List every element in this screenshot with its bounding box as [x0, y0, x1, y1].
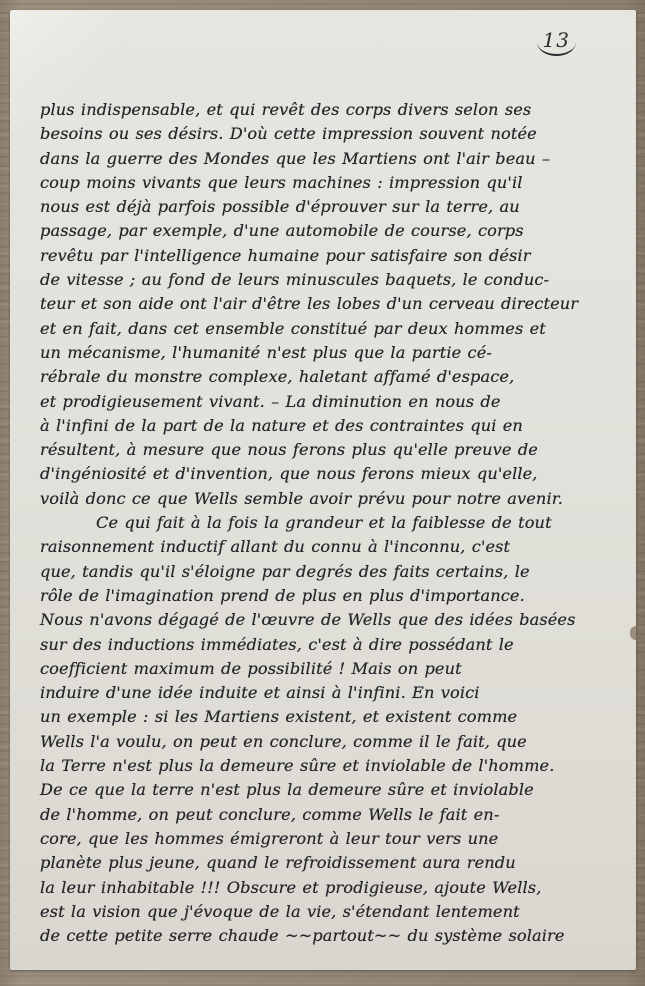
manuscript-line: nous est déjà parfois possible d'éprouve…	[40, 195, 625, 219]
manuscript-line: De ce que la terre n'est plus la demeure…	[40, 778, 625, 802]
manuscript-line: de vitesse ; au fond de leurs minuscules…	[40, 268, 625, 292]
manuscript-line: besoins ou ses désirs. D'où cette impres…	[40, 122, 625, 146]
manuscript-line: plus indispensable, et qui revêt des cor…	[40, 98, 625, 122]
paper-edge-tear	[630, 626, 636, 640]
manuscript-line: sur des inductions immédiates, c'est à d…	[40, 633, 625, 657]
manuscript-line: voilà donc ce que Wells semble avoir pré…	[40, 487, 625, 511]
manuscript-line: rébrale du monstre complexe, haletant af…	[40, 365, 625, 389]
manuscript-line: Wells l'a voulu, on peut en conclure, co…	[40, 730, 625, 754]
manuscript-line: que, tandis qu'il s'éloigne par degrés d…	[40, 560, 625, 584]
manuscript-line: raisonnement inductif allant du connu à …	[40, 535, 625, 559]
manuscript-page: 13 plus indispensable, et qui revêt des …	[10, 10, 636, 970]
manuscript-line: est la vision que j'évoque de la vie, s'…	[40, 900, 625, 924]
manuscript-line: dans la guerre des Mondes que les Martie…	[40, 147, 625, 171]
manuscript-line: un mécanisme, l'humanité n'est plus que …	[40, 341, 625, 365]
manuscript-line: passage, par exemple, d'une automobile d…	[40, 219, 625, 243]
manuscript-line: résultent, à mesure que nous ferons plus…	[40, 438, 625, 462]
manuscript-line: la Terre n'est plus la demeure sûre et i…	[40, 754, 625, 778]
page-number: 13	[537, 28, 576, 56]
manuscript-line: à l'infini de la part de la nature et de…	[40, 414, 625, 438]
manuscript-line: induire d'une idée induite et ainsi à l'…	[40, 681, 625, 705]
manuscript-line: teur et son aide ont l'air d'être les lo…	[40, 292, 625, 316]
manuscript-line: la leur inhabitable !!! Obscure et prodi…	[40, 876, 625, 900]
manuscript-line: planète plus jeune, quand le refroidisse…	[40, 851, 625, 875]
manuscript-line: et en fait, dans cet ensemble constitué …	[40, 317, 625, 341]
manuscript-line: de cette petite serre chaude ~~partout~~…	[40, 924, 625, 948]
manuscript-text: plus indispensable, et qui revêt des cor…	[40, 98, 625, 948]
manuscript-line: revêtu par l'intelligence humaine pour s…	[40, 244, 625, 268]
manuscript-paragraph-start: Ce qui fait à la fois la grandeur et la …	[40, 511, 625, 535]
manuscript-line: Nous n'avons dégagé de l'œuvre de Wells …	[40, 608, 625, 632]
manuscript-line: coefficient maximum de possibilité ! Mai…	[40, 657, 625, 681]
manuscript-line: d'ingéniosité et d'invention, que nous f…	[40, 462, 625, 486]
manuscript-line: et prodigieusement vivant. – La diminuti…	[40, 390, 625, 414]
manuscript-line: core, que les hommes émigreront à leur t…	[40, 827, 625, 851]
manuscript-line: un exemple : si les Martiens existent, e…	[40, 705, 625, 729]
manuscript-line: coup moins vivants que leurs machines : …	[40, 171, 625, 195]
manuscript-line: de l'homme, on peut conclure, comme Well…	[40, 803, 625, 827]
manuscript-line: rôle de l'imagination prend de plus en p…	[40, 584, 625, 608]
